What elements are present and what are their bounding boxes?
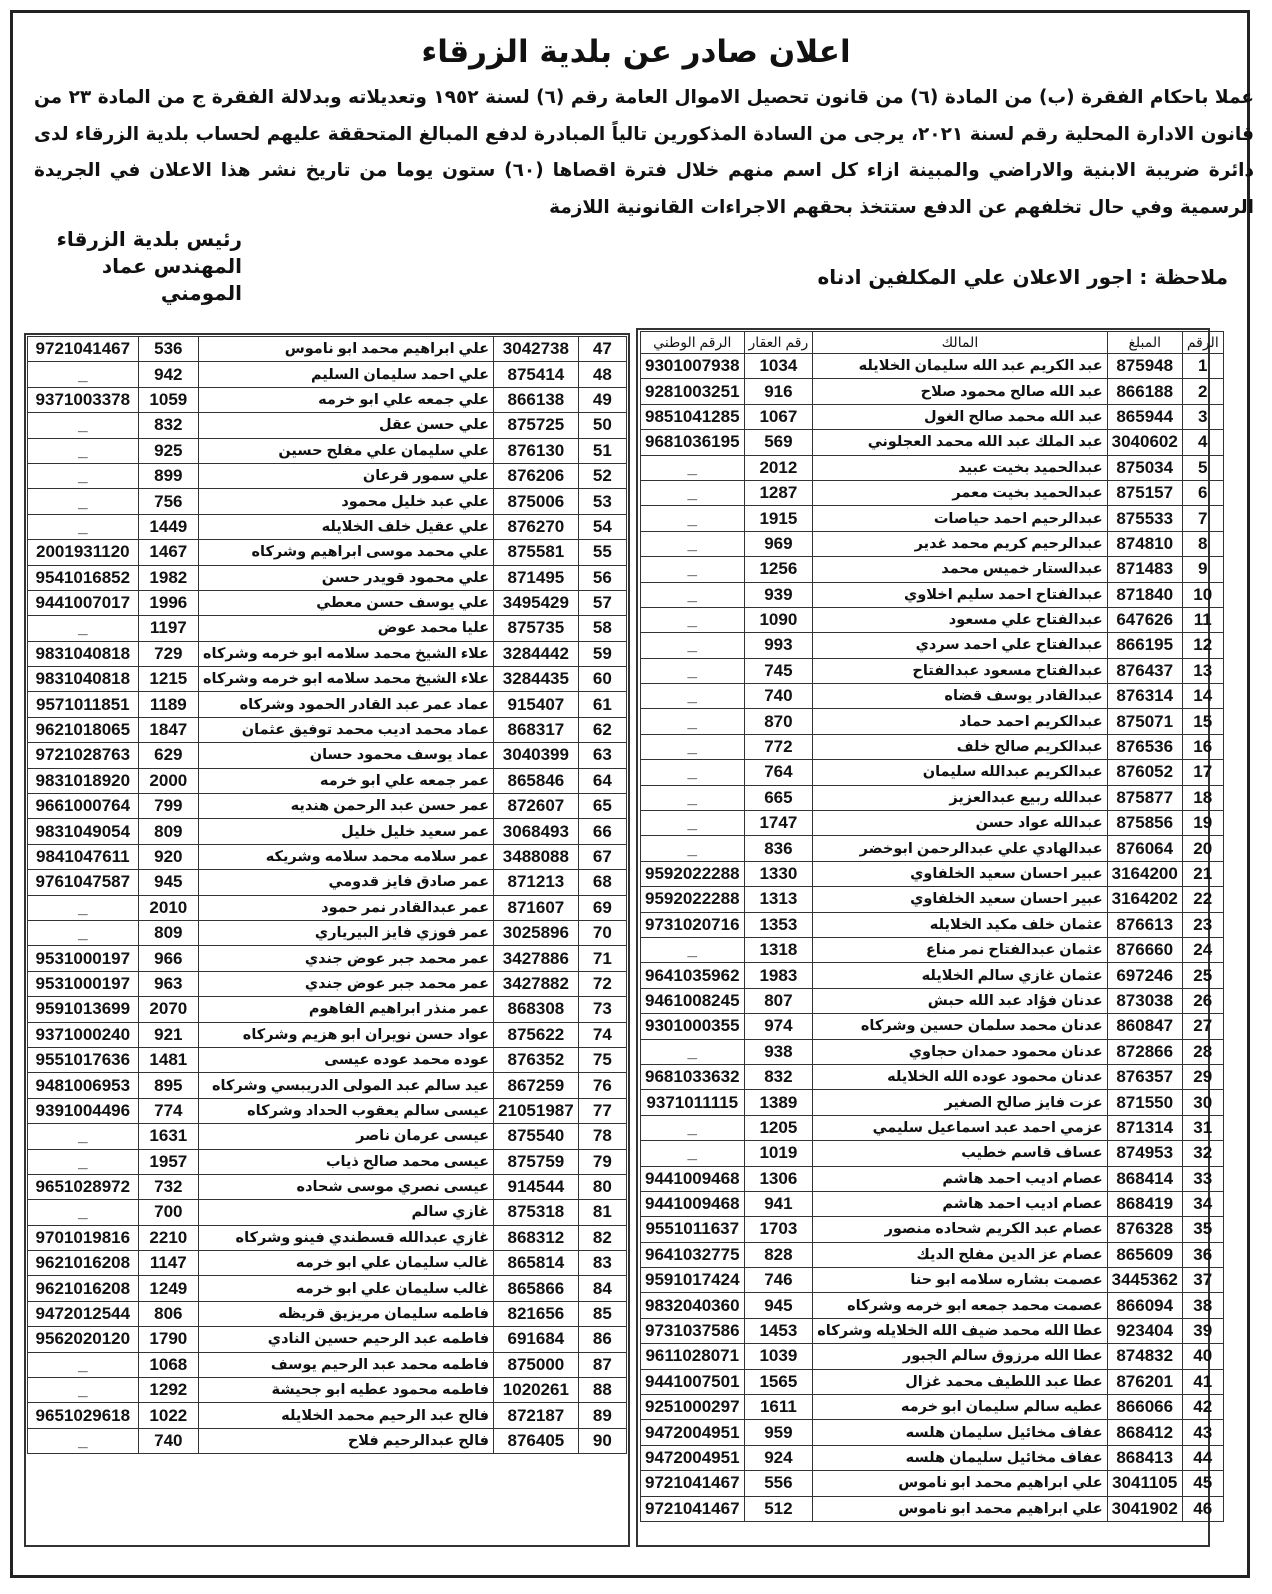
row-number: 2 xyxy=(1182,379,1223,404)
property-number-cell: 1034 xyxy=(744,354,813,379)
property-number-cell: 832 xyxy=(744,1064,813,1089)
national-id-cell: 9761047587 xyxy=(28,870,139,895)
property-number-cell: 924 xyxy=(744,1445,813,1470)
row-number: 48 xyxy=(578,362,626,387)
owner-name-cell: عمر عبدالقادر نمر حمود xyxy=(198,895,493,920)
row-number: 6 xyxy=(1182,480,1223,505)
national-id-cell: 9592022288 xyxy=(641,861,745,886)
owner-name-cell: عبد الكريم عبد الله سليمان الخلايله xyxy=(813,354,1107,379)
amount-cell: 876660 xyxy=(1107,937,1182,962)
row-number: 9 xyxy=(1182,557,1223,582)
amount-cell: 865944 xyxy=(1107,404,1182,429)
table-row: 25697246عثمان غازي سالم الخلايله19839641… xyxy=(641,963,1224,988)
owner-name-cell: عمر حسن عبد الرحمن هنديه xyxy=(198,794,493,819)
owner-name-cell: غالب سليمان علي ابو خرمه xyxy=(198,1251,493,1276)
amount-cell: 876357 xyxy=(1107,1064,1182,1089)
row-number: 7 xyxy=(1182,506,1223,531)
owner-name-cell: عبدالحميد بخيت عبيد xyxy=(813,455,1107,480)
table-row: 75876352عوده محمد عوده عيسى1481955101763… xyxy=(28,1047,627,1072)
row-number: 61 xyxy=(578,692,626,717)
national-id-cell: _ xyxy=(641,557,745,582)
owner-name-cell: فاطمه محمود عطيه ابو جحيشة xyxy=(198,1378,493,1403)
owner-name-cell: عثمان خلف مكيد الخلايله xyxy=(813,912,1107,937)
national-id-cell: _ xyxy=(641,633,745,658)
national-id-cell: 9472004951 xyxy=(641,1420,745,1445)
property-number-cell: 832 xyxy=(138,413,198,438)
property-number-cell: 1039 xyxy=(744,1344,813,1369)
table-row: 13876437عبدالفتاح مسعود عبدالفتاح745_ xyxy=(641,658,1224,683)
amount-cell: 876206 xyxy=(494,463,579,488)
table-row: 81875318غازي سالم700_ xyxy=(28,1200,627,1225)
amount-cell: 868317 xyxy=(494,717,579,742)
row-number: 10 xyxy=(1182,582,1223,607)
row-number: 25 xyxy=(1182,963,1223,988)
owner-name-cell: عبدالفتاح مسعود عبدالفتاح xyxy=(813,658,1107,683)
national-id-cell: 9591013699 xyxy=(28,997,139,1022)
national-id-cell: 9531000197 xyxy=(28,971,139,996)
amount-cell: 21051987 xyxy=(494,1098,579,1123)
announcement-body: عملا باحكام الفقرة (ب) من المادة (٦) من … xyxy=(34,80,1254,226)
national-id-cell: 9441009468 xyxy=(641,1191,745,1216)
table-row: 593284442علاء الشيخ محمد سلامه ابو خرمه … xyxy=(28,641,627,666)
national-id-cell: 9591017424 xyxy=(641,1268,745,1293)
table-row: 24876660عثمان عبدالفتاح نمر مناع1318_ xyxy=(641,937,1224,962)
row-number: 12 xyxy=(1182,633,1223,658)
table-row: 43868412عفاف مخائيل سليمان هلسه959947200… xyxy=(641,1420,1224,1445)
owner-name-cell: عماد محمد اديب محمد توفيق عثمان xyxy=(198,717,493,742)
owner-name-cell: عدنان محمد سلمان حسين وشركاه xyxy=(813,1014,1107,1039)
owner-name-cell: فالح عبد الرحيم محمد الخلايله xyxy=(198,1403,493,1428)
national-id-cell: 9681036195 xyxy=(641,430,745,455)
owner-name-cell: عفاف مخائيل سليمان هلسه xyxy=(813,1420,1107,1445)
property-number-cell: 732 xyxy=(138,1174,198,1199)
amount-cell: 875540 xyxy=(494,1124,579,1149)
amount-cell: 867259 xyxy=(494,1073,579,1098)
amount-cell: 876437 xyxy=(1107,658,1182,683)
table-row: 453041105علي ابراهيم محمد ابو ناموس55697… xyxy=(641,1471,1224,1496)
row-number: 89 xyxy=(578,1403,626,1428)
national-id-cell: 9661000764 xyxy=(28,794,139,819)
property-number-cell: 809 xyxy=(138,920,198,945)
property-number-cell: 746 xyxy=(744,1268,813,1293)
owner-name-cell: عصام اديب احمد هاشم xyxy=(813,1166,1107,1191)
owner-name-cell: غازي سالم xyxy=(198,1200,493,1225)
table-row: 58875735عليا محمد عوض1197_ xyxy=(28,616,627,641)
national-id-cell: 9391004496 xyxy=(28,1098,139,1123)
national-id-cell: 9541016852 xyxy=(28,565,139,590)
national-id-cell: _ xyxy=(641,582,745,607)
amount-cell: 875759 xyxy=(494,1149,579,1174)
national-id-cell: _ xyxy=(641,836,745,861)
table-row: 27860847عدنان محمد سلمان حسين وشركاه9749… xyxy=(641,1014,1224,1039)
owner-name-cell: عصام عز الدين مفلح الديك xyxy=(813,1242,1107,1267)
property-number-cell: 920 xyxy=(138,844,198,869)
national-id-cell: 9681033632 xyxy=(641,1064,745,1089)
table-row: 56871495علي محمود قويدر حسن1982954101685… xyxy=(28,565,627,590)
national-id-cell: 9851041285 xyxy=(641,404,745,429)
national-id-cell: _ xyxy=(641,684,745,709)
national-id-cell: 9651029618 xyxy=(28,1403,139,1428)
amount-cell: 875071 xyxy=(1107,709,1182,734)
owner-name-cell: عيسى عرمان ناصر xyxy=(198,1124,493,1149)
row-number: 11 xyxy=(1182,607,1223,632)
national-id-cell: _ xyxy=(28,362,139,387)
row-number: 41 xyxy=(1182,1369,1223,1394)
national-id-cell: _ xyxy=(641,1039,745,1064)
property-number-cell: 806 xyxy=(138,1301,198,1326)
table-row: 18875877عبدالله ربيع عبدالعزيز665_ xyxy=(641,785,1224,810)
row-number: 50 xyxy=(578,413,626,438)
national-id-cell: _ xyxy=(28,514,139,539)
national-id-cell: _ xyxy=(28,1352,139,1377)
national-id-cell: 9481006953 xyxy=(28,1073,139,1098)
table-row: 32874953عساف قاسم خطيب1019_ xyxy=(641,1141,1224,1166)
property-number-cell: 665 xyxy=(744,785,813,810)
property-number-cell: 1090 xyxy=(744,607,813,632)
table-header-row: الرقم المبلغ المالك رقم العقار الرقم الو… xyxy=(641,332,1224,354)
national-id-cell: 9721041467 xyxy=(641,1496,745,1521)
national-id-cell: 9831040818 xyxy=(28,641,139,666)
table-row: 40874832عطا الله مرزوق سالم الجبور103996… xyxy=(641,1344,1224,1369)
owner-name-cell: عمر صادق فايز قدومي xyxy=(198,870,493,895)
row-number: 63 xyxy=(578,743,626,768)
property-number-cell: 740 xyxy=(138,1428,198,1453)
signature-name: المهندس عماد المومني xyxy=(32,253,242,307)
row-number: 13 xyxy=(1182,658,1223,683)
amount-cell: 821656 xyxy=(494,1301,579,1326)
national-id-cell: 9831040818 xyxy=(28,667,139,692)
table-row: 30871550عزت فايز صالح الصغير138993710111… xyxy=(641,1090,1224,1115)
amount-cell: 3025896 xyxy=(494,920,579,945)
row-number: 59 xyxy=(578,641,626,666)
property-number-cell: 2070 xyxy=(138,997,198,1022)
national-id-cell: 9701019816 xyxy=(28,1225,139,1250)
owner-name-cell: عبدالله ربيع عبدالعزيز xyxy=(813,785,1107,810)
table-row: 89872187فالح عبد الرحيم محمد الخلايله102… xyxy=(28,1403,627,1428)
row-number: 64 xyxy=(578,768,626,793)
amount-cell: 872607 xyxy=(494,794,579,819)
amount-cell: 868412 xyxy=(1107,1420,1182,1445)
table-row: 34868419عصام اديب احمد هاشم9419441009468 xyxy=(641,1191,1224,1216)
amount-cell: 876270 xyxy=(494,514,579,539)
table-row: 90876405فالح عبدالرحيم فلاح740_ xyxy=(28,1428,627,1453)
row-number: 19 xyxy=(1182,811,1223,836)
national-id-cell: _ xyxy=(28,1428,139,1453)
owner-name-cell: علي يوسف حسن معطي xyxy=(198,590,493,615)
national-id-cell: 9441009468 xyxy=(641,1166,745,1191)
property-number-cell: 925 xyxy=(138,438,198,463)
owner-name-cell: عماد يوسف محمود حسان xyxy=(198,743,493,768)
property-number-cell: 1611 xyxy=(744,1395,813,1420)
row-number: 23 xyxy=(1182,912,1223,937)
amount-cell: 875533 xyxy=(1107,506,1182,531)
row-number: 27 xyxy=(1182,1014,1223,1039)
header-property-number: رقم العقار xyxy=(744,332,813,354)
national-id-cell: _ xyxy=(28,413,139,438)
header-owner: المالك xyxy=(813,332,1107,354)
national-id-cell: 9592022288 xyxy=(641,887,745,912)
amount-cell: 865814 xyxy=(494,1251,579,1276)
amount-cell: 3042738 xyxy=(494,337,579,362)
table-row: 713427886عمر محمد جبر عوض جندي9669531000… xyxy=(28,946,627,971)
amount-cell: 876064 xyxy=(1107,836,1182,861)
owner-name-cell: عليا محمد عوض xyxy=(198,616,493,641)
row-number: 70 xyxy=(578,920,626,945)
amount-cell: 866195 xyxy=(1107,633,1182,658)
owner-name-cell: علي ابراهيم محمد ابو ناموس xyxy=(813,1471,1107,1496)
table-row: 881020261فاطمه محمود عطيه ابو جحيشة1292_ xyxy=(28,1378,627,1403)
row-number: 71 xyxy=(578,946,626,971)
owner-name-cell: عبدالفتاح احمد سليم اخلاوي xyxy=(813,582,1107,607)
owner-name-cell: فاطمه سليمان مريزيق قريظه xyxy=(198,1301,493,1326)
owner-name-cell: علي عبد خليل محمود xyxy=(198,489,493,514)
property-number-cell: 1256 xyxy=(744,557,813,582)
national-id-cell: 9562020120 xyxy=(28,1327,139,1352)
owner-name-cell: فاطمه محمد عبد الرحيم يوسف xyxy=(198,1352,493,1377)
owner-name-cell: علي جمعه علي ابو خرمه xyxy=(198,387,493,412)
amount-cell: 915407 xyxy=(494,692,579,717)
national-id-cell: _ xyxy=(28,1149,139,1174)
property-number-cell: 745 xyxy=(744,658,813,683)
property-number-cell: 1205 xyxy=(744,1115,813,1140)
table-row: 28872866عدنان محمود حمدان حجاوي938_ xyxy=(641,1039,1224,1064)
property-number-cell: 1249 xyxy=(138,1276,198,1301)
owner-name-cell: علي حسن عقل xyxy=(198,413,493,438)
owner-name-cell: عبدالكريم عبدالله سليمان xyxy=(813,760,1107,785)
national-id-cell: 9551011637 xyxy=(641,1217,745,1242)
row-number: 67 xyxy=(578,844,626,869)
table-row: 82868312غازي عبدالله قسطندي فينو وشركاه2… xyxy=(28,1225,627,1250)
row-number: 88 xyxy=(578,1378,626,1403)
row-number: 26 xyxy=(1182,988,1223,1013)
amount-cell: 876352 xyxy=(494,1047,579,1072)
owner-name-cell: علي سليمان علي مفلح حسين xyxy=(198,438,493,463)
property-number-cell: 895 xyxy=(138,1073,198,1098)
owner-name-cell: عبدالرحيم احمد حياصات xyxy=(813,506,1107,531)
national-id-cell: 9841047611 xyxy=(28,844,139,869)
property-number-cell: 1059 xyxy=(138,387,198,412)
property-number-cell: 764 xyxy=(744,760,813,785)
table-row: 26873038عدنان فؤاد عبد الله حبش807946100… xyxy=(641,988,1224,1013)
amount-cell: 875877 xyxy=(1107,785,1182,810)
amount-cell: 871607 xyxy=(494,895,579,920)
owner-name-cell: علي سمور قرعان xyxy=(198,463,493,488)
table-row: 76867259عيد سالم عبد المولى الدريبسي وشر… xyxy=(28,1073,627,1098)
amount-cell: 865609 xyxy=(1107,1242,1182,1267)
national-id-cell: 9371003378 xyxy=(28,387,139,412)
owner-name-cell: عيد سالم عبد المولى الدريبسي وشركاه xyxy=(198,1073,493,1098)
amount-cell: 691684 xyxy=(494,1327,579,1352)
owner-name-cell: عبير احسان سعيد الخلفاوي xyxy=(813,887,1107,912)
property-number-cell: 2010 xyxy=(138,895,198,920)
owner-name-cell: عبدالكريم صالح خلف xyxy=(813,734,1107,759)
row-number: 85 xyxy=(578,1301,626,1326)
owner-name-cell: عيسى محمد صالح ذياب xyxy=(198,1149,493,1174)
table-row: 62868317عماد محمد اديب محمد توفيق عثمان1… xyxy=(28,717,627,742)
row-number: 69 xyxy=(578,895,626,920)
national-id-cell: _ xyxy=(641,734,745,759)
table-row: 23876613عثمان خلف مكيد الخلايله135397310… xyxy=(641,912,1224,937)
table-row: 463041902علي ابراهيم محمد ابو ناموس51297… xyxy=(641,1496,1224,1521)
owner-name-cell: عزت فايز صالح الصغير xyxy=(813,1090,1107,1115)
national-id-cell: _ xyxy=(28,895,139,920)
owner-name-cell: عبدالحميد بخيت معمر xyxy=(813,480,1107,505)
row-number: 78 xyxy=(578,1124,626,1149)
national-id-cell: _ xyxy=(641,937,745,962)
amount-cell: 872866 xyxy=(1107,1039,1182,1064)
amount-cell: 3495429 xyxy=(494,590,579,615)
row-number: 75 xyxy=(578,1047,626,1072)
owner-name-cell: عصمت بشاره سلامه ابو حنا xyxy=(813,1268,1107,1293)
amount-cell: 876201 xyxy=(1107,1369,1182,1394)
table-row: 473042738علي ابراهيم محمد ابو ناموس53697… xyxy=(28,337,627,362)
header-number: الرقم xyxy=(1182,332,1223,354)
table-row: 38866094عصمت محمد جمعه ابو خرمه وشركاه94… xyxy=(641,1293,1224,1318)
property-number-cell: 1467 xyxy=(138,540,198,565)
table-row: 673488088عمر سلامه محمد سلامه وشريكه9209… xyxy=(28,844,627,869)
table-row: 86691684فاطمه عبد الرحيم حسين النادي1790… xyxy=(28,1327,627,1352)
row-number: 37 xyxy=(1182,1268,1223,1293)
row-number: 3 xyxy=(1182,404,1223,429)
amount-cell: 875581 xyxy=(494,540,579,565)
owner-name-cell: عطيه سالم سليمان ابو خرمه xyxy=(813,1395,1107,1420)
row-number: 83 xyxy=(578,1251,626,1276)
amount-cell: 3068493 xyxy=(494,819,579,844)
national-id-cell: 9531000197 xyxy=(28,946,139,971)
table-row: 33868414عصام اديب احمد هاشم1306944100946… xyxy=(641,1166,1224,1191)
national-id-cell: 9301000355 xyxy=(641,1014,745,1039)
property-number-cell: 1847 xyxy=(138,717,198,742)
amount-cell: 3041902 xyxy=(1107,1496,1182,1521)
amount-cell: 866188 xyxy=(1107,379,1182,404)
national-id-cell: 9831049054 xyxy=(28,819,139,844)
property-number-cell: 870 xyxy=(744,709,813,734)
property-number-cell: 1292 xyxy=(138,1378,198,1403)
national-id-cell: 9551017636 xyxy=(28,1047,139,1072)
amount-cell: 3427882 xyxy=(494,971,579,996)
table-row: 69871607عمر عبدالقادر نمر حمود2010_ xyxy=(28,895,627,920)
national-id-cell: 9371000240 xyxy=(28,1022,139,1047)
owner-name-cell: علاء الشيخ محمد سلامه ابو خرمه وشركاه xyxy=(198,667,493,692)
table-row: 19875856عبدالله عواد حسن1747_ xyxy=(641,811,1224,836)
row-number: 38 xyxy=(1182,1293,1223,1318)
national-id-cell: _ xyxy=(641,480,745,505)
owner-name-cell: علي عقيل خلف الخلايله xyxy=(198,514,493,539)
owner-name-cell: عوده محمد عوده عيسى xyxy=(198,1047,493,1072)
amount-cell: 865846 xyxy=(494,768,579,793)
amount-cell: 3041105 xyxy=(1107,1471,1182,1496)
row-number: 33 xyxy=(1182,1166,1223,1191)
row-number: 42 xyxy=(1182,1395,1223,1420)
amount-cell: 871213 xyxy=(494,870,579,895)
owner-name-cell: عبدالفتاح علي مسعود xyxy=(813,607,1107,632)
property-number-cell: 1453 xyxy=(744,1318,813,1343)
amount-cell: 872187 xyxy=(494,1403,579,1428)
property-number-cell: 1215 xyxy=(138,667,198,692)
amount-cell: 873038 xyxy=(1107,988,1182,1013)
row-number: 43 xyxy=(1182,1420,1223,1445)
amount-cell: 876314 xyxy=(1107,684,1182,709)
table-row: 633040399عماد يوسف محمود حسان62997210287… xyxy=(28,743,627,768)
owner-name-cell: عبد الله محمد صالح الغول xyxy=(813,404,1107,429)
amount-cell: 3284442 xyxy=(494,641,579,666)
national-id-cell: 9831018920 xyxy=(28,768,139,793)
owner-name-cell: عبد الله صالح محمود صلاح xyxy=(813,379,1107,404)
property-number-cell: 799 xyxy=(138,794,198,819)
owner-name-cell: عصمت محمد جمعه ابو خرمه وشركاه xyxy=(813,1293,1107,1318)
property-number-cell: 2012 xyxy=(744,455,813,480)
owner-name-cell: عدنان محمود حمدان حجاوي xyxy=(813,1039,1107,1064)
national-id-cell: _ xyxy=(641,455,745,480)
national-id-cell: 9621016208 xyxy=(28,1251,139,1276)
national-id-cell: 9621018065 xyxy=(28,717,139,742)
national-id-cell: 9721041467 xyxy=(641,1471,745,1496)
owner-name-cell: عيسى سالم يعقوب الحداد وشركاه xyxy=(198,1098,493,1123)
property-number-cell: 1306 xyxy=(744,1166,813,1191)
row-number: 1 xyxy=(1182,354,1223,379)
row-number: 4 xyxy=(1182,430,1223,455)
property-number-cell: 1481 xyxy=(138,1047,198,1072)
national-id-cell: 9721028763 xyxy=(28,743,139,768)
owner-name-cell: عمر فوزي فايز البيرياري xyxy=(198,920,493,945)
owner-name-cell: عبدالهادي علي عبدالرحمن ابوخضر xyxy=(813,836,1107,861)
owner-name-cell: عمر سعيد خليل خليل xyxy=(198,819,493,844)
property-number-cell: 1197 xyxy=(138,616,198,641)
property-number-cell: 1983 xyxy=(744,963,813,988)
table-row: 12866195عبدالفتاح علي احمد سردي993_ xyxy=(641,633,1224,658)
row-number: 30 xyxy=(1182,1090,1223,1115)
amount-cell: 3040602 xyxy=(1107,430,1182,455)
owner-name-cell: علاء الشيخ محمد سلامه ابو خرمه وشركاه xyxy=(198,641,493,666)
property-number-cell: 945 xyxy=(138,870,198,895)
property-number-cell: 1957 xyxy=(138,1149,198,1174)
table-row: 603284435علاء الشيخ محمد سلامه ابو خرمه … xyxy=(28,667,627,692)
owner-name-cell: فاطمه عبد الرحيم حسين النادي xyxy=(198,1327,493,1352)
right-table: الرقم المبلغ المالك رقم العقار الرقم الو… xyxy=(640,331,1224,1522)
amount-cell: 3164202 xyxy=(1107,887,1182,912)
owner-name-cell: عزمي احمد عبد اسماعيل سليمي xyxy=(813,1115,1107,1140)
amount-cell: 871840 xyxy=(1107,582,1182,607)
table-row: 14876314عبدالقادر يوسف قضاه740_ xyxy=(641,684,1224,709)
amount-cell: 866066 xyxy=(1107,1395,1182,1420)
property-number-cell: 1449 xyxy=(138,514,198,539)
national-id-cell: _ xyxy=(641,709,745,734)
table-row: 663068493عمر سعيد خليل خليل8099831049054 xyxy=(28,819,627,844)
property-number-cell: 729 xyxy=(138,641,198,666)
table-row: 35876328عصام عبد الكريم شحاده منصور17039… xyxy=(641,1217,1224,1242)
national-id-cell: 9441007501 xyxy=(641,1369,745,1394)
property-number-cell: 938 xyxy=(744,1039,813,1064)
table-row: 41876201عطا عبد اللطيف محمد غزال15659441… xyxy=(641,1369,1224,1394)
property-number-cell: 1318 xyxy=(744,937,813,962)
row-number: 80 xyxy=(578,1174,626,1199)
property-number-cell: 629 xyxy=(138,743,198,768)
owner-name-cell: عطا الله مرزوق سالم الجبور xyxy=(813,1344,1107,1369)
amount-cell: 866094 xyxy=(1107,1293,1182,1318)
table-row: 51876130علي سليمان علي مفلح حسين925_ xyxy=(28,438,627,463)
amount-cell: 860847 xyxy=(1107,1014,1182,1039)
national-id-cell: 9621016208 xyxy=(28,1276,139,1301)
row-number: 55 xyxy=(578,540,626,565)
amount-cell: 876328 xyxy=(1107,1217,1182,1242)
owner-name-cell: علي ابراهيم محمد ابو ناموس xyxy=(198,337,493,362)
row-number: 47 xyxy=(578,337,626,362)
row-number: 86 xyxy=(578,1327,626,1352)
national-id-cell: 9371011115 xyxy=(641,1090,745,1115)
table-row: 9871483عبدالستار خميس محمد1256_ xyxy=(641,557,1224,582)
property-number-cell: 916 xyxy=(744,379,813,404)
table-row: 7875533عبدالرحيم احمد حياصات1915_ xyxy=(641,506,1224,531)
